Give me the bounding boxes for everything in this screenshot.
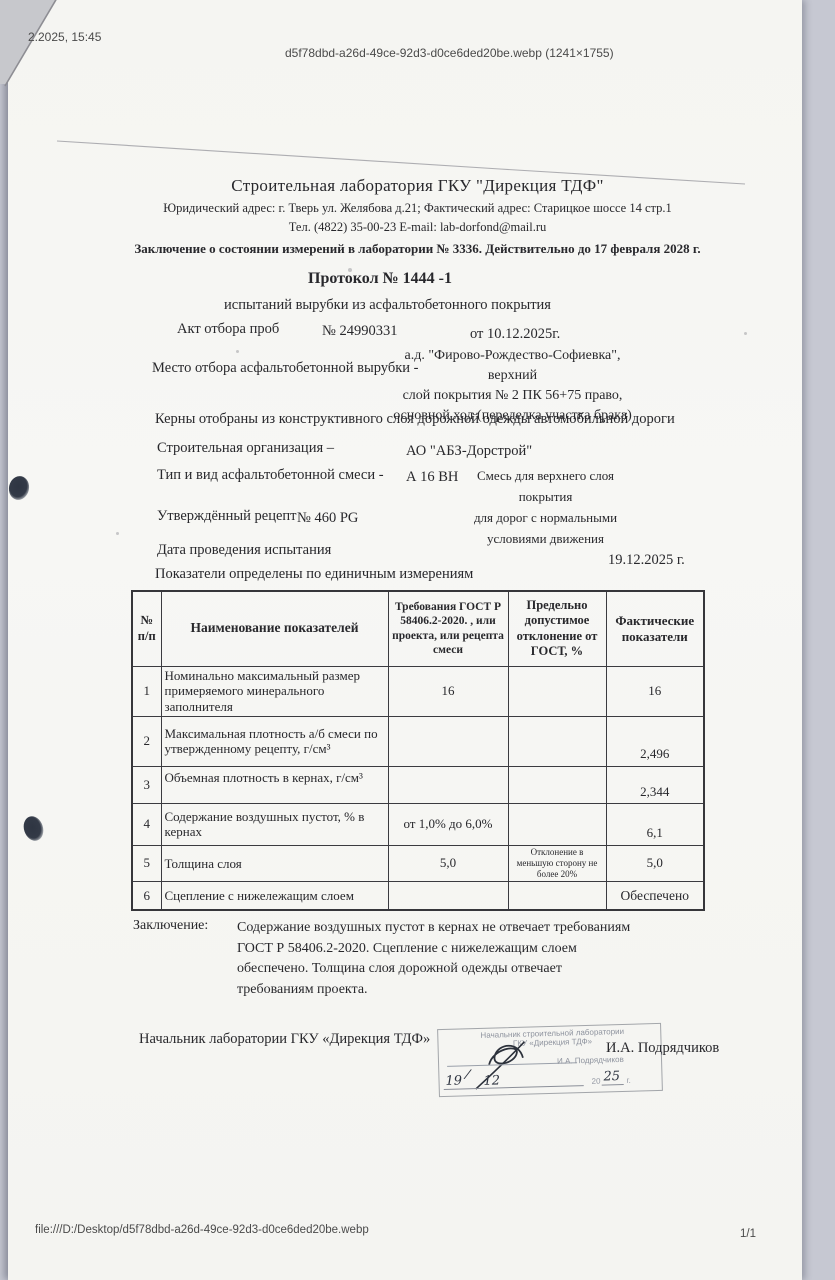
cell-deviation: Отклонение в меньшую сторону не более 20… — [508, 845, 606, 882]
stamp-date-slash: / — [464, 1067, 471, 1083]
cell-name: Объемная плотность в кернах, г/см³ — [161, 766, 388, 803]
test-date-label: Дата проведения испытания — [157, 542, 331, 559]
stamp-year-suffix: г. — [626, 1076, 630, 1085]
cell-num: 3 — [132, 766, 161, 803]
cell-num: 2 — [132, 716, 161, 766]
recipe-label: Утверждённый рецепт — [157, 508, 297, 525]
stamp-year-underline — [602, 1084, 624, 1086]
builder-label: Строительная организация – — [157, 440, 334, 457]
mix-type-value: А 16 ВН — [406, 469, 458, 486]
footer-page-indicator: 1/1 — [740, 1228, 756, 1240]
cell-actual: 2,496 — [606, 716, 704, 766]
print-header-timestamp: 2.2025, 15:45 — [28, 30, 101, 44]
scan-speckle — [116, 532, 119, 535]
cell-deviation — [508, 716, 606, 766]
table-row: 6 Сцепление с нижележащим слоем Обеспече… — [132, 882, 704, 910]
cell-requirement: 16 — [388, 666, 508, 716]
signature-title: Начальник лаборатории ГКУ «Дирекция ТДФ» — [139, 1031, 430, 1048]
stamp-date-underline — [444, 1085, 584, 1090]
cell-actual: 2,344 — [606, 766, 704, 803]
mix-type-note-line: Смесь для верхнего слоя покрытия — [458, 465, 633, 507]
scan-speckle — [236, 350, 239, 353]
test-date-value: 19.12.2025 г. — [608, 552, 685, 569]
sampling-act-date: от 10.12.2025г. — [470, 326, 560, 343]
lab-address: Юридический адрес: г. Тверь ул. Желябова… — [120, 201, 715, 216]
lab-contact: Тел. (4822) 35-00-23 E-mail: lab-dorfond… — [135, 220, 700, 235]
table-row: 1 Номинально максимальный размер примеря… — [132, 666, 704, 716]
table-header-actual: Фактические показатели — [606, 591, 704, 666]
table-header-name: Наименование показателей — [161, 591, 388, 666]
cell-deviation — [508, 766, 606, 803]
print-header-filename: d5f78dbd-a26d-49ce-92d3-d0ce6ded20be.web… — [285, 46, 614, 60]
cell-deviation — [508, 666, 606, 716]
lab-certificate: Заключение о состоянии измерений в лабор… — [120, 241, 715, 257]
lab-name: Строительная лаборатория ГКУ "Дирекция Т… — [135, 176, 700, 196]
table-row: 4 Содержание воздушных пустот, % в керна… — [132, 803, 704, 845]
cell-deviation — [508, 803, 606, 845]
cell-actual: 6,1 — [606, 803, 704, 845]
approval-stamp: Начальник строительной лаборатории ГКУ «… — [437, 1023, 663, 1097]
cell-name: Максимальная плотность а/б смеси по утве… — [161, 716, 388, 766]
sampling-place-line: а.д. "Фирово-Рождество-Софиевка", верхни… — [390, 346, 635, 386]
cell-requirement: от 1,0% до 6,0% — [388, 803, 508, 845]
cell-name: Толщина слоя — [161, 845, 388, 882]
cell-requirement: 5,0 — [388, 845, 508, 882]
cores-note: Керны отобраны из конструктивного слоя д… — [155, 411, 675, 428]
cell-num: 4 — [132, 803, 161, 845]
print-preview-viewport: 2.2025, 15:45 d5f78dbd-a26d-49ce-92d3-d0… — [0, 0, 835, 1280]
cell-deviation — [508, 882, 606, 910]
recipe-value: № 460 PG — [297, 510, 358, 527]
stamp-day: 19 — [445, 1073, 462, 1088]
cell-name: Сцепление с нижележащим слоем — [161, 882, 388, 910]
cell-num: 1 — [132, 666, 161, 716]
conclusion-text: Содержание воздушных пустот в кернах не … — [237, 918, 637, 1000]
measurement-note: Показатели определены по единичным измер… — [155, 566, 473, 583]
mix-type-note: Смесь для верхнего слоя покрытия для дор… — [458, 465, 633, 549]
cell-name: Содержание воздушных пустот, % в кернах — [161, 803, 388, 845]
stamp-year-prefix: 20 — [591, 1077, 600, 1086]
table-row: 5 Толщина слоя 5,0 Отклонение в меньшую … — [132, 845, 704, 882]
mix-type-note-line: для дорог с нормальными — [458, 507, 633, 528]
cell-name: Номинально максимальный размер примеряем… — [161, 666, 388, 716]
sampling-act-number: № 24990331 — [322, 323, 397, 340]
cell-requirement — [388, 766, 508, 803]
scan-speckle — [744, 332, 747, 335]
table-header-num: № п/п — [132, 591, 161, 666]
cell-requirement — [388, 882, 508, 910]
cell-actual: Обеспечено — [606, 882, 704, 910]
protocol-subtitle: испытаний вырубки из асфальтобетонного п… — [135, 297, 640, 314]
mix-type-note-line: условиями движения — [458, 528, 633, 549]
sampling-place-line: слой покрытия № 2 ПК 56+75 право, — [390, 386, 635, 406]
results-table: № п/п Наименование показателей Требовани… — [131, 590, 705, 911]
cell-actual: 16 — [606, 666, 704, 716]
cell-num: 6 — [132, 882, 161, 910]
table-header-requirement: Требования ГОСТ Р 58406.2-2020. , или пр… — [388, 591, 508, 666]
protocol-title: Протокол № 1444 -1 — [135, 270, 625, 288]
cell-actual: 5,0 — [606, 845, 704, 882]
mix-type-label: Тип и вид асфальтобетонной смеси - — [157, 467, 384, 484]
conclusion-label: Заключение: — [133, 918, 208, 934]
stamp-year: 25 — [603, 1069, 620, 1084]
footer-file-url: file:///D:/Desktop/d5f78dbd-a26d-49ce-92… — [35, 1224, 369, 1236]
cell-num: 5 — [132, 845, 161, 882]
table-row: 3 Объемная плотность в кернах, г/см³ 2,3… — [132, 766, 704, 803]
table-header-deviation: Предельно допустимое отклонение от ГОСТ,… — [508, 591, 606, 666]
stamp-name: И.А. Подрядчиков — [557, 1055, 624, 1066]
sampling-place-label: Место отбора асфальтобетонной вырубки - — [152, 360, 419, 377]
table-header-row: № п/п Наименование показателей Требовани… — [132, 591, 704, 666]
table-row: 2 Максимальная плотность а/б смеси по ут… — [132, 716, 704, 766]
builder-value: АО "АБЗ-Дорстрой" — [406, 443, 532, 460]
sampling-act-label: Акт отбора проб — [177, 321, 279, 338]
cell-requirement — [388, 716, 508, 766]
